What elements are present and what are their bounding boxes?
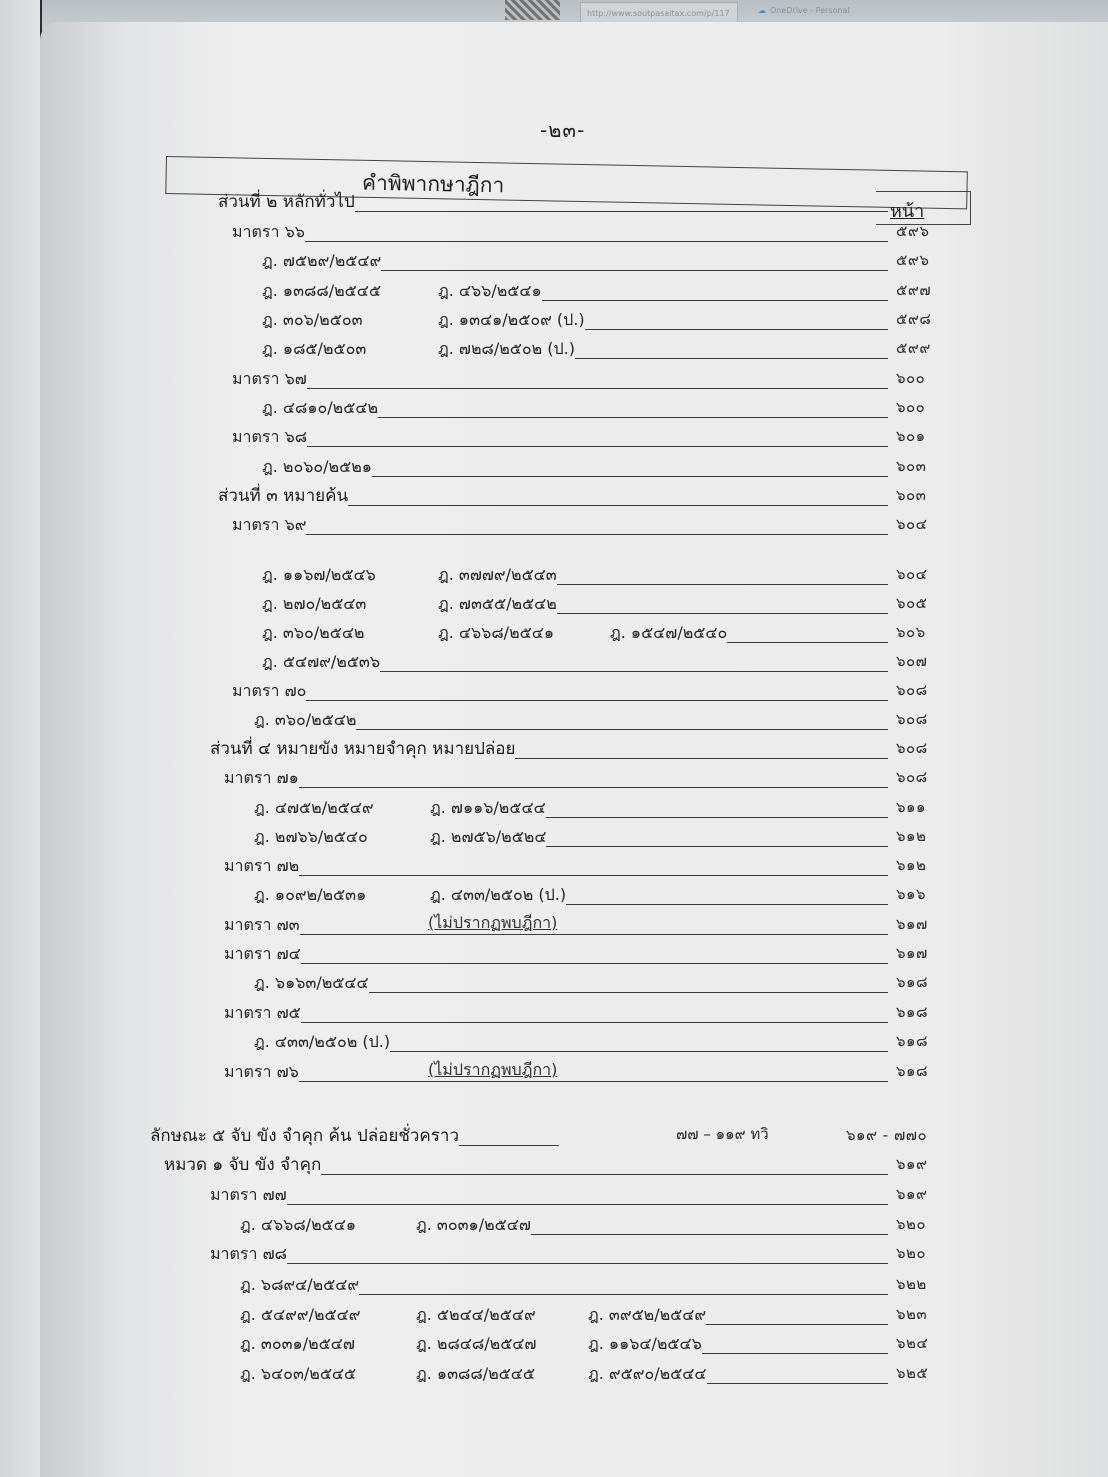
page-reference: ๖๒๐ [896, 1241, 926, 1265]
ruling-reference: ฎ. ๗๓๕๕/๒๕๔๒ [438, 592, 557, 617]
page-reference: ๖๐๘ [896, 736, 928, 760]
ruling-reference: ฎ. ๓๗๗๙/๒๕๔๓ [438, 563, 557, 588]
ruling-entry: ฎ. ๑๐๙๒/๒๕๓๑ฎ. ๔๓๓/๒๕๐๒ (ป.)๖๑๖ [254, 882, 888, 908]
part-label: ส่วนที่ ๒ หลักทั่วไป [218, 188, 355, 215]
ruling-entry: ฎ. ๑๑๖๗/๒๕๔๖ฎ. ๓๗๗๙/๒๕๔๓๖๐๔ [262, 562, 888, 588]
ruling-reference: ฎ. ๖๔๐๓/๒๕๔๕ [240, 1362, 412, 1387]
ruling-reference: ฎ. ๖๘๙๔/๒๕๔๙ [240, 1273, 359, 1298]
leader-line [299, 786, 888, 788]
page-reference: ๖๑๘ [896, 1029, 928, 1053]
ruling-reference: ฎ. ๓๐๖/๒๕๐๓ [262, 308, 434, 333]
cloud-icon: ☁ [758, 6, 766, 15]
page-reference: ๖๑๙ [896, 1182, 928, 1206]
leader-line [515, 757, 888, 759]
page-reference: ๖๑๒ [896, 853, 926, 877]
ruling-reference: ฎ. ๑๓๔๑/๒๕๐๙ (ป.) [438, 308, 585, 333]
ruling-reference: ฎ. ๓๐๓๑/๒๕๔๗ [416, 1213, 531, 1238]
section-label: มาตรา ๖๖ [232, 220, 305, 245]
leader-line [557, 612, 888, 614]
page-reference: ๖๑๙ - ๗๗๐ [846, 1123, 927, 1147]
leader-line [542, 299, 888, 301]
page-reference: ๖๐๐ [896, 366, 925, 390]
ruling-entry: ฎ. ๔๗๕๒/๒๕๔๙ฎ. ๗๑๑๖/๒๕๔๔๖๑๑ [254, 795, 888, 821]
page-reference: ๖๑๗ [896, 941, 928, 965]
page-reference: ๕๙๗ [896, 278, 931, 302]
leader-line [306, 533, 888, 535]
ruling-reference: ฎ. ๒๗๐/๒๕๔๓ [262, 592, 434, 617]
no-ruling-note: (ไม่ปรากฏพบฎีกา) [428, 1058, 557, 1083]
ruling-reference: ฎ. ๔๓๓/๒๕๐๒ (ป.) [430, 883, 566, 908]
page-reference: ๕๙๖ [896, 219, 929, 243]
ruling-entry: ฎ. ๗๕๒๙/๒๕๔๙๕๙๖ [262, 248, 888, 274]
page-reference: ๖๐๔ [896, 562, 928, 586]
page-number: -๒๓- [540, 114, 585, 146]
leader-line [301, 962, 888, 964]
section-entry: มาตรา ๖๙๖๐๔ [232, 512, 888, 538]
ruling-entry: ฎ. ๔๖๖๘/๒๕๔๑ฎ. ๓๐๓๑/๒๕๔๗๖๒๐ [240, 1212, 888, 1238]
url-field: http://www.soutpasaltax.com/p/117 [580, 2, 738, 24]
ruling-entry: ฎ. ๒๐๖๐/๒๕๒๑๖๐๓ [262, 454, 888, 480]
ruling-reference: ฎ. ๑๐๙๒/๒๕๓๑ [254, 883, 426, 908]
leader-line [585, 328, 888, 330]
leader-line [321, 1173, 888, 1175]
ruling-entry: ฎ. ๓๐๖/๒๕๐๓ฎ. ๑๓๔๑/๒๕๐๙ (ป.)๕๙๘ [262, 307, 888, 333]
ruling-reference: ฎ. ๒๗๖๖/๒๕๔๐ [254, 825, 426, 850]
section-entry: มาตรา ๖๘๖๐๑ [232, 424, 888, 450]
ruling-reference: ฎ. ๑๕๔๗/๒๕๔๐ [610, 621, 727, 646]
ruling-entry: ฎ. ๖๔๐๓/๒๕๔๕ฎ. ๑๓๘๘/๒๕๔๕ฎ. ๙๕๙๐/๒๕๔๔๖๒๕ [240, 1361, 888, 1387]
leader-line [706, 1323, 888, 1325]
page-reference: ๖๒๐ [896, 1212, 926, 1236]
leader-line [348, 504, 888, 506]
ruling-reference: ฎ. ๓๖๐/๒๕๔๒ [262, 621, 434, 646]
ruling-reference: ฎ. ๔๓๓/๒๕๐๒ (ป.) [254, 1030, 390, 1055]
section-entry: มาตรา ๗๔๖๑๗ [224, 941, 888, 967]
page-reference: ๖๐๓ [896, 483, 926, 507]
ruling-entry: ฎ. ๑๘๕/๒๕๐๓ฎ. ๗๒๘/๒๕๐๒ (ป.)๕๙๙ [262, 336, 888, 362]
section-label: มาตรา ๗๒ [224, 854, 299, 879]
ruling-entry: ฎ. ๔๓๓/๒๕๐๒ (ป.)๖๑๘ [254, 1029, 888, 1055]
page-reference: ๖๐๘ [896, 678, 928, 702]
ruling-entry: ฎ. ๒๗๖๖/๒๕๔๐ฎ. ๒๗๕๖/๒๕๒๔๖๑๒ [254, 824, 888, 850]
leader-line [557, 583, 888, 585]
section-entry: มาตรา ๗๗๖๑๙ [210, 1182, 888, 1208]
page-reference: ๕๙๘ [896, 307, 931, 331]
title-entry: ลักษณะ ๕ จับ ขัง จำคุก ค้น ปล่อยชั่วคราว… [150, 1123, 888, 1149]
ruling-reference: ฎ. ๕๒๔๔/๒๕๔๙ [416, 1303, 584, 1328]
part-entry: ส่วนที่ ๓ หมายค้น๖๐๓ [218, 483, 888, 509]
leader-line [307, 387, 888, 389]
ruling-entry: ฎ. ๓๐๓๑/๒๕๔๗ฎ. ๒๘๔๘/๒๕๔๗ฎ. ๑๑๖๔/๒๕๔๖๖๒๔ [240, 1331, 888, 1357]
section-label: มาตรา ๖๘ [232, 425, 307, 450]
ruling-reference: ฎ. ๑๑๖๔/๒๕๔๖ [588, 1332, 702, 1357]
leader-line [702, 1352, 888, 1354]
page-reference: ๖๑๑ [896, 795, 926, 819]
ruling-entry: ฎ. ๕๔๗๙/๒๕๓๖๖๐๗ [262, 649, 888, 675]
ruling-reference: ฎ. ๔๖๖๘/๒๕๔๑ [240, 1213, 412, 1238]
onedrive-label: ☁OneDrive - Personal [758, 6, 850, 15]
section-entry: มาตรา ๖๖๕๙๖ [232, 219, 888, 245]
section-range: ๗๗ – ๑๑๙ ทวิ [676, 1122, 769, 1146]
ruling-entry: ฎ. ๖๘๙๔/๒๕๔๙๖๒๒ [240, 1272, 888, 1298]
ruling-reference: ฎ. ๔๘๑๐/๒๕๔๒ [262, 396, 378, 421]
leader-line [306, 699, 888, 701]
section-entry: มาตรา ๗๒๖๑๒ [224, 853, 888, 879]
leader-line [355, 210, 888, 212]
leader-line [359, 1293, 888, 1295]
page-reference: ๖๑๗ [896, 912, 928, 936]
leader-line [287, 1262, 888, 1264]
leader-line [307, 445, 888, 447]
page-reference: ๖๑๖ [896, 882, 926, 906]
page-reference: ๖๐๓ [896, 454, 926, 478]
leader-line [546, 816, 888, 818]
page-reference: ๖๐๑ [896, 424, 926, 448]
ruling-entry: ฎ. ๑๓๘๘/๒๕๔๕ฎ. ๔๖๖/๒๕๔๑๕๙๗ [262, 278, 888, 304]
chapter-entry: หมวด ๑ จับ ขัง จำคุก๖๑๙ [164, 1152, 888, 1178]
part-label: ส่วนที่ ๔ หมายขัง หมายจำคุก หมายปล่อย [210, 735, 515, 762]
section-label: มาตรา ๗๔ [224, 942, 301, 967]
ruling-reference: ฎ. ๑๓๘๘/๒๕๔๕ [416, 1362, 584, 1387]
page-reference: ๖๒๒ [896, 1272, 927, 1296]
leader-line [299, 1080, 888, 1082]
ruling-reference: ฎ. ๓๙๕๒/๒๕๔๙ [588, 1303, 706, 1328]
ruling-reference: ฎ. ๕๔๗๙/๒๕๓๖ [262, 650, 380, 675]
page-reference: ๖๑๘ [896, 1000, 928, 1024]
leader-line [459, 1144, 559, 1146]
section-label: มาตรา ๗๕ [224, 1001, 301, 1026]
ruling-reference: ฎ. ๗๒๘/๒๕๐๒ (ป.) [438, 337, 575, 362]
ruling-reference: ฎ. ๓๖๐/๒๕๔๒ [254, 708, 356, 733]
leader-line [378, 416, 888, 418]
ruling-reference: ฎ. ๑๘๕/๒๕๐๓ [262, 337, 434, 362]
section-entry: มาตรา ๗๓(ไม่ปรากฏพบฎีกา)๖๑๗ [224, 912, 888, 938]
title-label: ลักษณะ ๕ จับ ขัง จำคุก ค้น ปล่อยชั่วคราว [150, 1122, 459, 1149]
leader-line [305, 240, 888, 242]
part-entry: ส่วนที่ ๒ หลักทั่วไป [218, 189, 888, 215]
section-entry: มาตรา ๗๕๖๑๘ [224, 1000, 888, 1026]
page-reference: ๖๑๘ [896, 970, 928, 994]
page-reference: ๖๐๗ [896, 649, 927, 673]
leader-line [531, 1233, 888, 1235]
section-label: มาตรา ๗๓ [224, 913, 300, 938]
ruling-entry: ฎ. ๔๘๑๐/๒๕๔๒๖๐๐ [262, 395, 888, 421]
chapter-label: หมวด ๑ จับ ขัง จำคุก [164, 1151, 321, 1178]
section-label: มาตรา ๗๐ [232, 679, 306, 704]
page-reference: ๕๙๙ [896, 336, 931, 360]
section-label: มาตรา ๗๘ [210, 1242, 287, 1267]
ruling-entry: ฎ. ๕๔๙๙/๒๕๔๙ฎ. ๕๒๔๔/๒๕๔๙ฎ. ๓๙๕๒/๒๕๔๙๖๒๓ [240, 1302, 888, 1328]
qr-code-image [505, 0, 560, 20]
leader-line [707, 1382, 889, 1384]
page-reference: ๖๐๖ [896, 620, 926, 644]
page-reference: ๖๐๘ [896, 707, 928, 731]
part-entry: ส่วนที่ ๔ หมายขัง หมายจำคุก หมายปล่อย๖๐๘ [210, 736, 888, 762]
ruling-reference: ฎ. ๔๖๖/๒๕๔๑ [438, 279, 542, 304]
ruling-reference: ฎ. ๒๐๖๐/๒๕๒๑ [262, 455, 372, 480]
leader-line [381, 269, 888, 271]
ruling-entry: ฎ. ๖๑๖๓/๒๕๔๔๖๑๘ [254, 970, 888, 996]
leader-line [380, 670, 888, 672]
ruling-reference: ฎ. ๔๗๕๒/๒๕๔๙ [254, 796, 426, 821]
ruling-reference: ฎ. ๗๑๑๖/๒๕๔๔ [430, 796, 546, 821]
ruling-reference: ฎ. ๙๕๙๐/๒๕๔๔ [588, 1362, 707, 1387]
leader-line [372, 475, 888, 477]
page-reference: ๖๐๘ [896, 765, 928, 789]
leader-line [566, 903, 888, 905]
ruling-reference: ฎ. ๕๔๙๙/๒๕๔๙ [240, 1303, 412, 1328]
section-label: มาตรา ๗๗ [210, 1183, 287, 1208]
ruling-reference: ฎ. ๗๕๒๙/๒๕๔๙ [262, 249, 381, 274]
leader-line [575, 357, 888, 359]
page-reference: ๕๙๖ [896, 248, 929, 272]
page-reference: ๖๐๕ [896, 591, 928, 615]
leader-line [300, 933, 888, 935]
ruling-reference: ฎ. ๒๘๔๘/๒๕๔๗ [416, 1332, 584, 1357]
section-entry: มาตรา ๗๐๖๐๘ [232, 678, 888, 704]
ruling-reference: ฎ. ๖๑๖๓/๒๕๔๔ [254, 971, 369, 996]
ruling-reference: ฎ. ๑๑๖๗/๒๕๔๖ [262, 563, 434, 588]
page-reference: ๖๐๔ [896, 512, 928, 536]
ruling-entry: ฎ. ๒๗๐/๒๕๔๓ฎ. ๗๓๕๕/๒๕๔๒๖๐๕ [262, 591, 888, 617]
page-reference: ๖๐๐ [896, 395, 925, 419]
page-reference: ๖๒๕ [896, 1361, 928, 1385]
section-label: มาตรา ๗๖ [224, 1060, 299, 1085]
page-reference: ๖๑๒ [896, 824, 926, 848]
section-entry: มาตรา ๗๘๖๒๐ [210, 1241, 888, 1267]
leader-line [369, 991, 888, 993]
page-reference: ๖๒๔ [896, 1331, 928, 1355]
leader-line [390, 1050, 888, 1052]
ruling-reference: ฎ. ๒๗๕๖/๒๕๒๔ [430, 825, 546, 850]
section-label: มาตรา ๖๙ [232, 513, 306, 538]
left-page-edge [0, 0, 42, 1477]
leader-line [299, 874, 888, 876]
leader-line [301, 1021, 888, 1023]
section-entry: มาตรา ๖๗๖๐๐ [232, 366, 888, 392]
leader-line [287, 1203, 888, 1205]
no-ruling-note: (ไม่ปรากฏพบฎีกา) [428, 911, 557, 936]
leader-line [356, 728, 888, 730]
ruling-reference: ฎ. ๑๓๘๘/๒๕๔๕ [262, 279, 434, 304]
section-entry: มาตรา ๗๑๖๐๘ [224, 765, 888, 791]
ruling-reference: ฎ. ๔๖๖๘/๒๕๔๑ [438, 621, 606, 646]
section-entry: มาตรา ๗๖(ไม่ปรากฏพบฎีกา)๖๑๘ [224, 1059, 888, 1085]
ruling-reference: ฎ. ๓๐๓๑/๒๕๔๗ [240, 1332, 412, 1357]
page-reference: ๖๒๓ [896, 1302, 927, 1326]
section-label: มาตรา ๗๑ [224, 766, 299, 791]
part-label: ส่วนที่ ๓ หมายค้น [218, 482, 348, 509]
leader-line [727, 641, 888, 643]
section-label: มาตรา ๖๗ [232, 367, 307, 392]
page-reference: ๖๑๙ [896, 1152, 928, 1176]
ruling-entry: ฎ. ๓๖๐/๒๕๔๒๖๐๘ [254, 707, 888, 733]
page-reference: ๖๑๘ [896, 1059, 928, 1083]
leader-line [546, 845, 888, 847]
ruling-entry: ฎ. ๓๖๐/๒๕๔๒ฎ. ๔๖๖๘/๒๕๔๑ฎ. ๑๕๔๗/๒๕๔๐๖๐๖ [262, 620, 888, 646]
